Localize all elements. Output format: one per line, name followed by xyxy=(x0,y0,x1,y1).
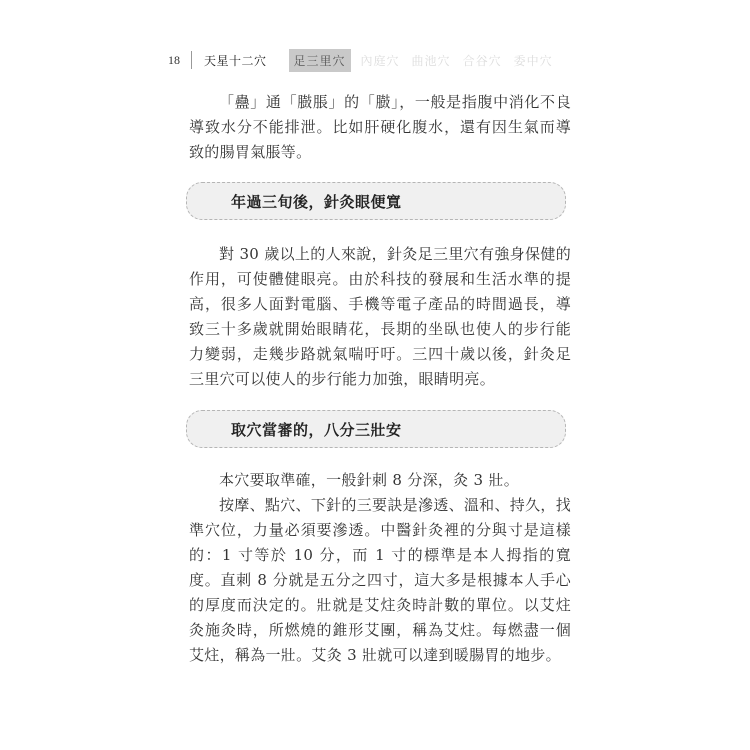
tab-chapter: 委中穴 xyxy=(514,52,553,69)
body-paragraph: 對 30 歲以上的人來說，針灸足三里穴有強身保健的作用，可使體健眼亮。由於科技的… xyxy=(189,242,571,392)
section-body: 本穴要取準確，一般針刺 8 分深，灸 3 壯。 按摩、點穴、下針的三要訣是滲透、… xyxy=(189,468,571,668)
body-paragraph: 按摩、點穴、下針的三要訣是滲透、溫和、持久，找準穴位，力量必須要滲透。中醫針灸裡… xyxy=(189,493,571,668)
tab-chapter: 合谷穴 xyxy=(463,52,502,69)
section-body: 對 30 歲以上的人來說，針灸足三里穴有強身保健的作用，可使體健眼亮。由於科技的… xyxy=(189,242,571,392)
tab-chapter: 曲池穴 xyxy=(412,52,451,69)
header-divider xyxy=(191,51,192,69)
tab-chapter: 內庭穴 xyxy=(361,52,400,69)
intro-block: 「蠱」通「臌脹」的「臌」，一般是指腹中消化不良導致水分不能排泄。比如肝硬化腹水，… xyxy=(189,90,571,165)
running-header: 18 天星十二穴 足三里穴 內庭穴 曲池穴 合谷穴 委中穴 xyxy=(168,49,565,71)
tab-active-chapter: 足三里穴 xyxy=(289,49,351,72)
body-paragraph: 本穴要取準確，一般針刺 8 分深，灸 3 壯。 xyxy=(189,468,571,493)
section-heading-box: 取穴當審的，八分三壯安 xyxy=(186,410,566,448)
section-title: 年過三旬後，針灸眼便寬 xyxy=(231,191,402,212)
body-paragraph: 「蠱」通「臌脹」的「臌」，一般是指腹中消化不良導致水分不能排泄。比如肝硬化腹水，… xyxy=(189,90,571,165)
section-heading-box: 年過三旬後，針灸眼便寬 xyxy=(186,182,566,220)
page-number: 18 xyxy=(168,53,180,68)
section-title: 取穴當審的，八分三壯安 xyxy=(231,419,402,440)
book-title: 天星十二穴 xyxy=(204,52,267,69)
